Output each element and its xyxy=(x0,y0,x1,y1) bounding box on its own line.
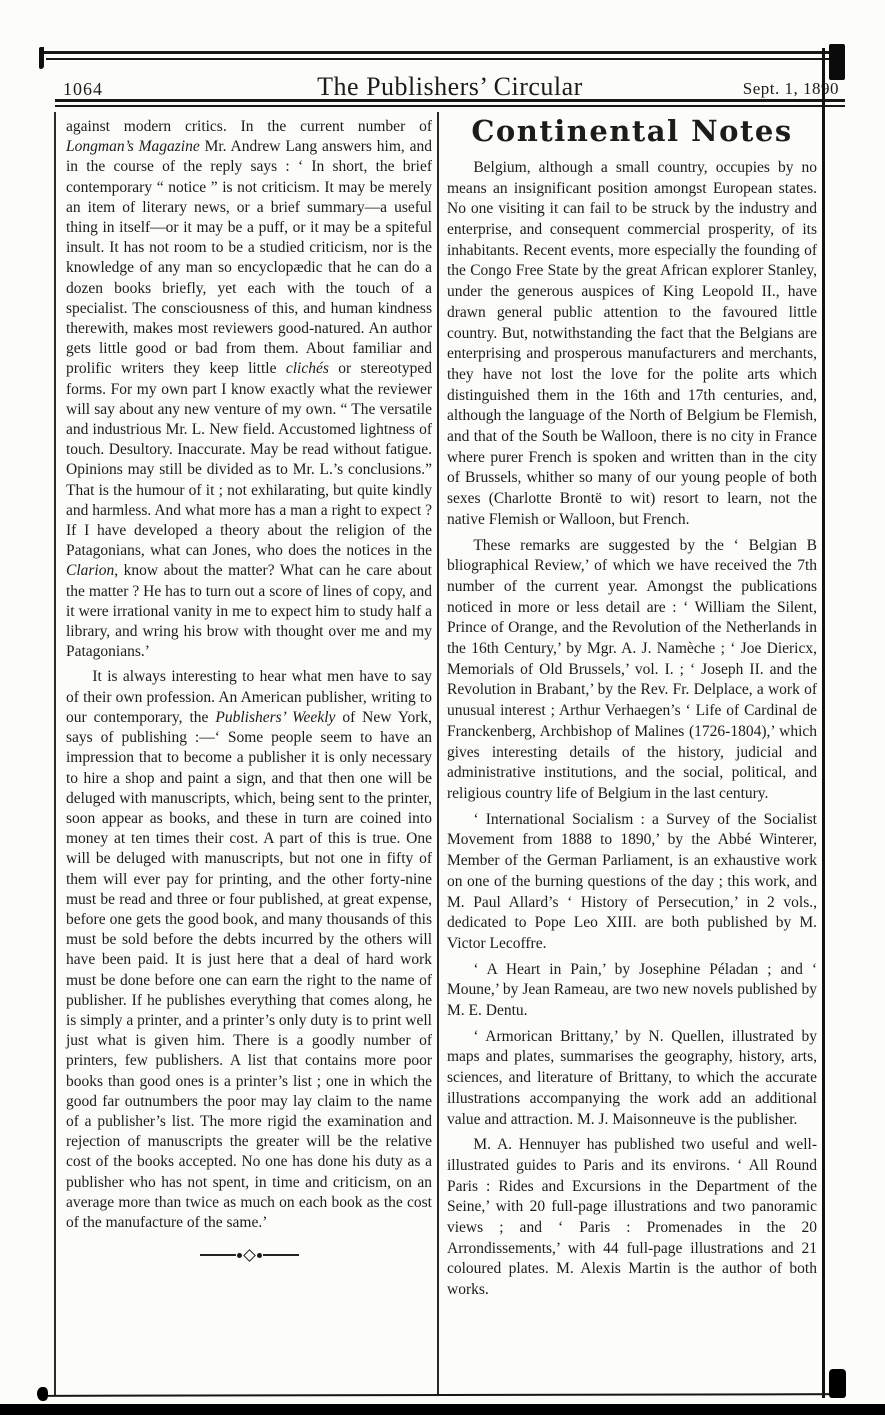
section-divider-ornament xyxy=(66,1249,432,1261)
text-run: , know about the matter? What can he car… xyxy=(66,562,432,660)
text-run: of New York, says of publishing :—‘ Some… xyxy=(66,709,432,1231)
center-column-rule xyxy=(437,112,439,1396)
text-run: against modern critics. In the current n… xyxy=(66,118,432,135)
ornament-diamond xyxy=(243,1249,256,1262)
paragraph: It is always interesting to hear what me… xyxy=(66,667,432,1233)
paragraph: ‘ Armorican Brittany,’ by N. Quellen, il… xyxy=(447,1027,817,1131)
text-run: M. A. Hennuyer has published two useful … xyxy=(447,1136,817,1298)
paragraph: ‘ International Socialism : a Survey of … xyxy=(447,810,817,955)
paragraph: against modern critics. In the current n… xyxy=(66,117,432,662)
article-body: against modern critics. In the current n… xyxy=(66,117,432,1233)
right-border-rule xyxy=(822,48,825,1398)
ornament-line xyxy=(263,1254,299,1256)
top-border-rule xyxy=(44,51,836,54)
paragraph: These remarks are suggested by the ‘ Bel… xyxy=(447,536,817,805)
text-run: Belgium, although a small country, occup… xyxy=(447,159,817,528)
ornament-dot xyxy=(237,1253,242,1258)
right-column: Continental Notes Belgium, although a sm… xyxy=(447,114,817,1301)
scanned-page: 1064 The Publishers’ Circular Sept. 1, 1… xyxy=(0,0,885,1415)
left-column-rule xyxy=(54,112,56,1396)
ink-blob-bottom-right xyxy=(829,1369,846,1398)
paragraph: Belgium, although a small country, occup… xyxy=(447,158,817,531)
italic-text: Clarion xyxy=(66,562,114,579)
text-run: or stereotyped forms. For my own part I … xyxy=(66,360,432,559)
top-border-rule-inner xyxy=(46,58,836,60)
text-run: ‘ A Heart in Pain,’ by Josephine Péladan… xyxy=(447,961,817,1019)
left-column: against modern critics. In the current n… xyxy=(66,117,432,1261)
paragraph: M. A. Hennuyer has published two useful … xyxy=(447,1135,817,1301)
page-header: 1064 The Publishers’ Circular Sept. 1, 1… xyxy=(55,70,845,100)
text-run: ‘ Armorican Brittany,’ by N. Quellen, il… xyxy=(447,1028,817,1128)
section-body: Belgium, although a small country, occup… xyxy=(447,158,817,1301)
text-run: Mr. Andrew Lang answers him, and in the … xyxy=(66,138,432,377)
ink-blob-bottom-left xyxy=(37,1387,48,1401)
binding-mark-top-left xyxy=(39,47,44,69)
header-divider-rule xyxy=(55,99,845,102)
journal-title: The Publishers’ Circular xyxy=(55,72,845,102)
text-run: ‘ International Socialism : a Survey of … xyxy=(447,811,817,952)
paragraph: ‘ A Heart in Pain,’ by Josephine Péladan… xyxy=(447,960,817,1022)
header-divider-rule-inner xyxy=(55,105,845,107)
section-heading: Continental Notes xyxy=(447,116,817,148)
bottom-border-rule xyxy=(48,1393,840,1397)
ornament-line xyxy=(200,1254,236,1256)
ornament-dot xyxy=(257,1253,262,1258)
italic-text: Publishers’ Weekly xyxy=(215,709,335,726)
italic-text: Longman’s Magazine xyxy=(66,138,200,155)
italic-text: clichés xyxy=(286,360,329,377)
text-run: These remarks are suggested by the ‘ Bel… xyxy=(447,537,817,802)
scan-edge-strip xyxy=(0,1404,885,1415)
issue-date: Sept. 1, 1890 xyxy=(743,79,839,99)
